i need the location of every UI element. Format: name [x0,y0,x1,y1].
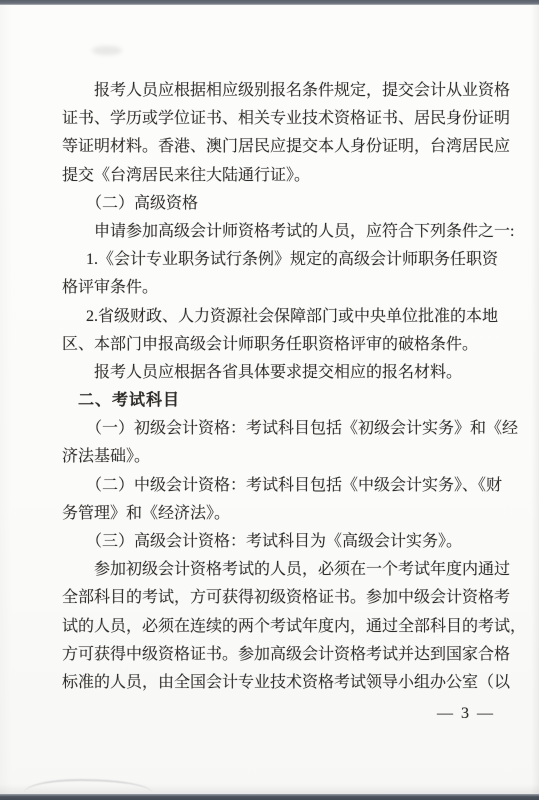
document-line: 证书、学历或学位证书、相关专业技术资格证书、居民身份证明 [62,105,514,133]
document-line: 申请参加高级会计师资格考试的人员，应符合下列条件之一: [62,218,514,246]
document-section-heading: 二、考试科目 [62,387,514,415]
document-line: （三）高级会计资格：考试科目为《高级会计实务》。 [62,528,514,556]
document-line: 方可获得中级资格证书。参加高级会计资格考试并达到国家合格 [62,641,514,669]
document-line: 试的人员，必须在连续的两个考试年度内，通过全部科目的考试， [62,613,514,641]
document-line: 务管理》和《经济法》。 [62,500,514,528]
page-number: — 3 — [437,705,495,723]
scan-bottom-edge [0,794,539,800]
scan-smudge-artifact [92,46,122,55]
document-line: 2.省级财政、人力资源社会保障部门或中央单位批准的本地 [62,303,514,331]
scanned-document-page: 报考人员应根据相应级别报名条件规定，提交会计从业资格 证书、学历或学位证书、相关… [0,0,539,800]
document-line: （二）中级会计资格：考试科目包括《中级会计实务》、《财 [62,472,514,500]
document-body: 报考人员应根据相应级别报名条件规定，提交会计从业资格 证书、学历或学位证书、相关… [62,77,514,697]
document-line: 全部科目的考试，方可获得初级资格证书。参加中级会计资格考 [62,584,514,612]
document-line: 区、本部门申报高级会计师职务任职资格评审的破格条件。 [62,331,514,359]
document-line: 提交《台湾居民来往大陆通行证》。 [62,162,514,190]
document-line: 报考人员应根据相应级别报名条件规定，提交会计从业资格 [62,77,514,105]
document-line: 格评审条件。 [62,274,514,302]
document-line: （一）初级会计资格：考试科目包括《初级会计实务》和《经 [62,415,514,443]
document-line: 1.《会计专业职务试行条例》规定的高级会计师职务任职资 [62,246,514,274]
scan-top-edge [0,0,539,5]
document-line: 参加初级会计资格考试的人员，必须在一个考试年度内通过 [62,556,514,584]
document-subheading: （二）高级资格 [62,190,514,218]
document-line: 济法基础》。 [62,443,514,471]
document-line: 报考人员应根据各省具体要求提交相应的报名材料。 [62,359,514,387]
document-line: 标准的人员，由全国会计专业技术资格考试领导小组办公室（以 [62,669,514,697]
document-line: 等证明材料。香港、澳门居民应提交本人身份证明，台湾居民应 [62,133,514,161]
